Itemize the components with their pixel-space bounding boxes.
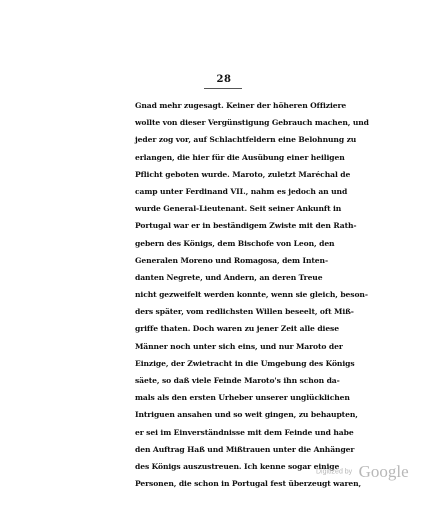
text-line: griffe thaten. Doch waren zu jener Zeit … bbox=[135, 320, 310, 337]
text-line: gebern des Königs, dem Bischofe von Leon… bbox=[135, 235, 310, 252]
text-line: den Auftrag Haß und Mißtrauen unter die … bbox=[135, 441, 310, 458]
text-line: Portugal war er in beständigem Zwiste mi… bbox=[135, 217, 310, 234]
text-line: des Königs auszustreuen. Ich kenne sogar… bbox=[135, 458, 310, 475]
text-line: Generalen Moreno und Romagosa, dem Inten… bbox=[135, 252, 310, 269]
text-line: danten Negrete, und Andern, an deren Tre… bbox=[135, 269, 310, 286]
text-line: er sei im Einverständnisse mit dem Feind… bbox=[135, 424, 310, 441]
text-line: Einzige, der Zwietracht in die Umgebung … bbox=[135, 355, 310, 372]
text-line: Pflicht geboten wurde. Maroto, zuletzt M… bbox=[135, 166, 310, 183]
digitized-watermark: Digitized by Google bbox=[316, 462, 409, 482]
google-logo: Google bbox=[359, 462, 409, 481]
text-line: nicht gezweifelt werden konnte, wenn sie… bbox=[135, 286, 310, 303]
header-rule bbox=[204, 88, 242, 89]
body-text: Gnad mehr zugesagt. Keiner der höheren O… bbox=[135, 97, 310, 492]
text-line: Intriguen ansahen und so weit gingen, zu… bbox=[135, 406, 310, 423]
text-line: wurde General-Lieutenant. Seit seiner An… bbox=[135, 200, 310, 217]
text-line: ders später, vom redlichsten Willen bese… bbox=[135, 303, 310, 320]
text-line: säete, so daß viele Feinde Maroto's ihn … bbox=[135, 372, 310, 389]
text-line: erlangen, die hier für die Ausübung eine… bbox=[135, 149, 310, 166]
page-number: 28 bbox=[0, 74, 448, 85]
text-line: jeder zog vor, auf Schlachtfeldern eine … bbox=[135, 131, 310, 148]
text-line: mals als den ersten Urheber unserer ungl… bbox=[135, 389, 310, 406]
text-line: wollte von dieser Vergünstigung Gebrauch… bbox=[135, 114, 310, 131]
text-line: Männer noch unter sich eins, und nur Mar… bbox=[135, 338, 310, 355]
text-line: camp unter Ferdinand VII., nahm es jedoc… bbox=[135, 183, 310, 200]
text-line: Gnad mehr zugesagt. Keiner der höheren O… bbox=[135, 97, 310, 114]
watermark-prefix: Digitized by bbox=[316, 469, 352, 476]
text-line: Personen, die schon in Portugal fest übe… bbox=[135, 475, 310, 492]
